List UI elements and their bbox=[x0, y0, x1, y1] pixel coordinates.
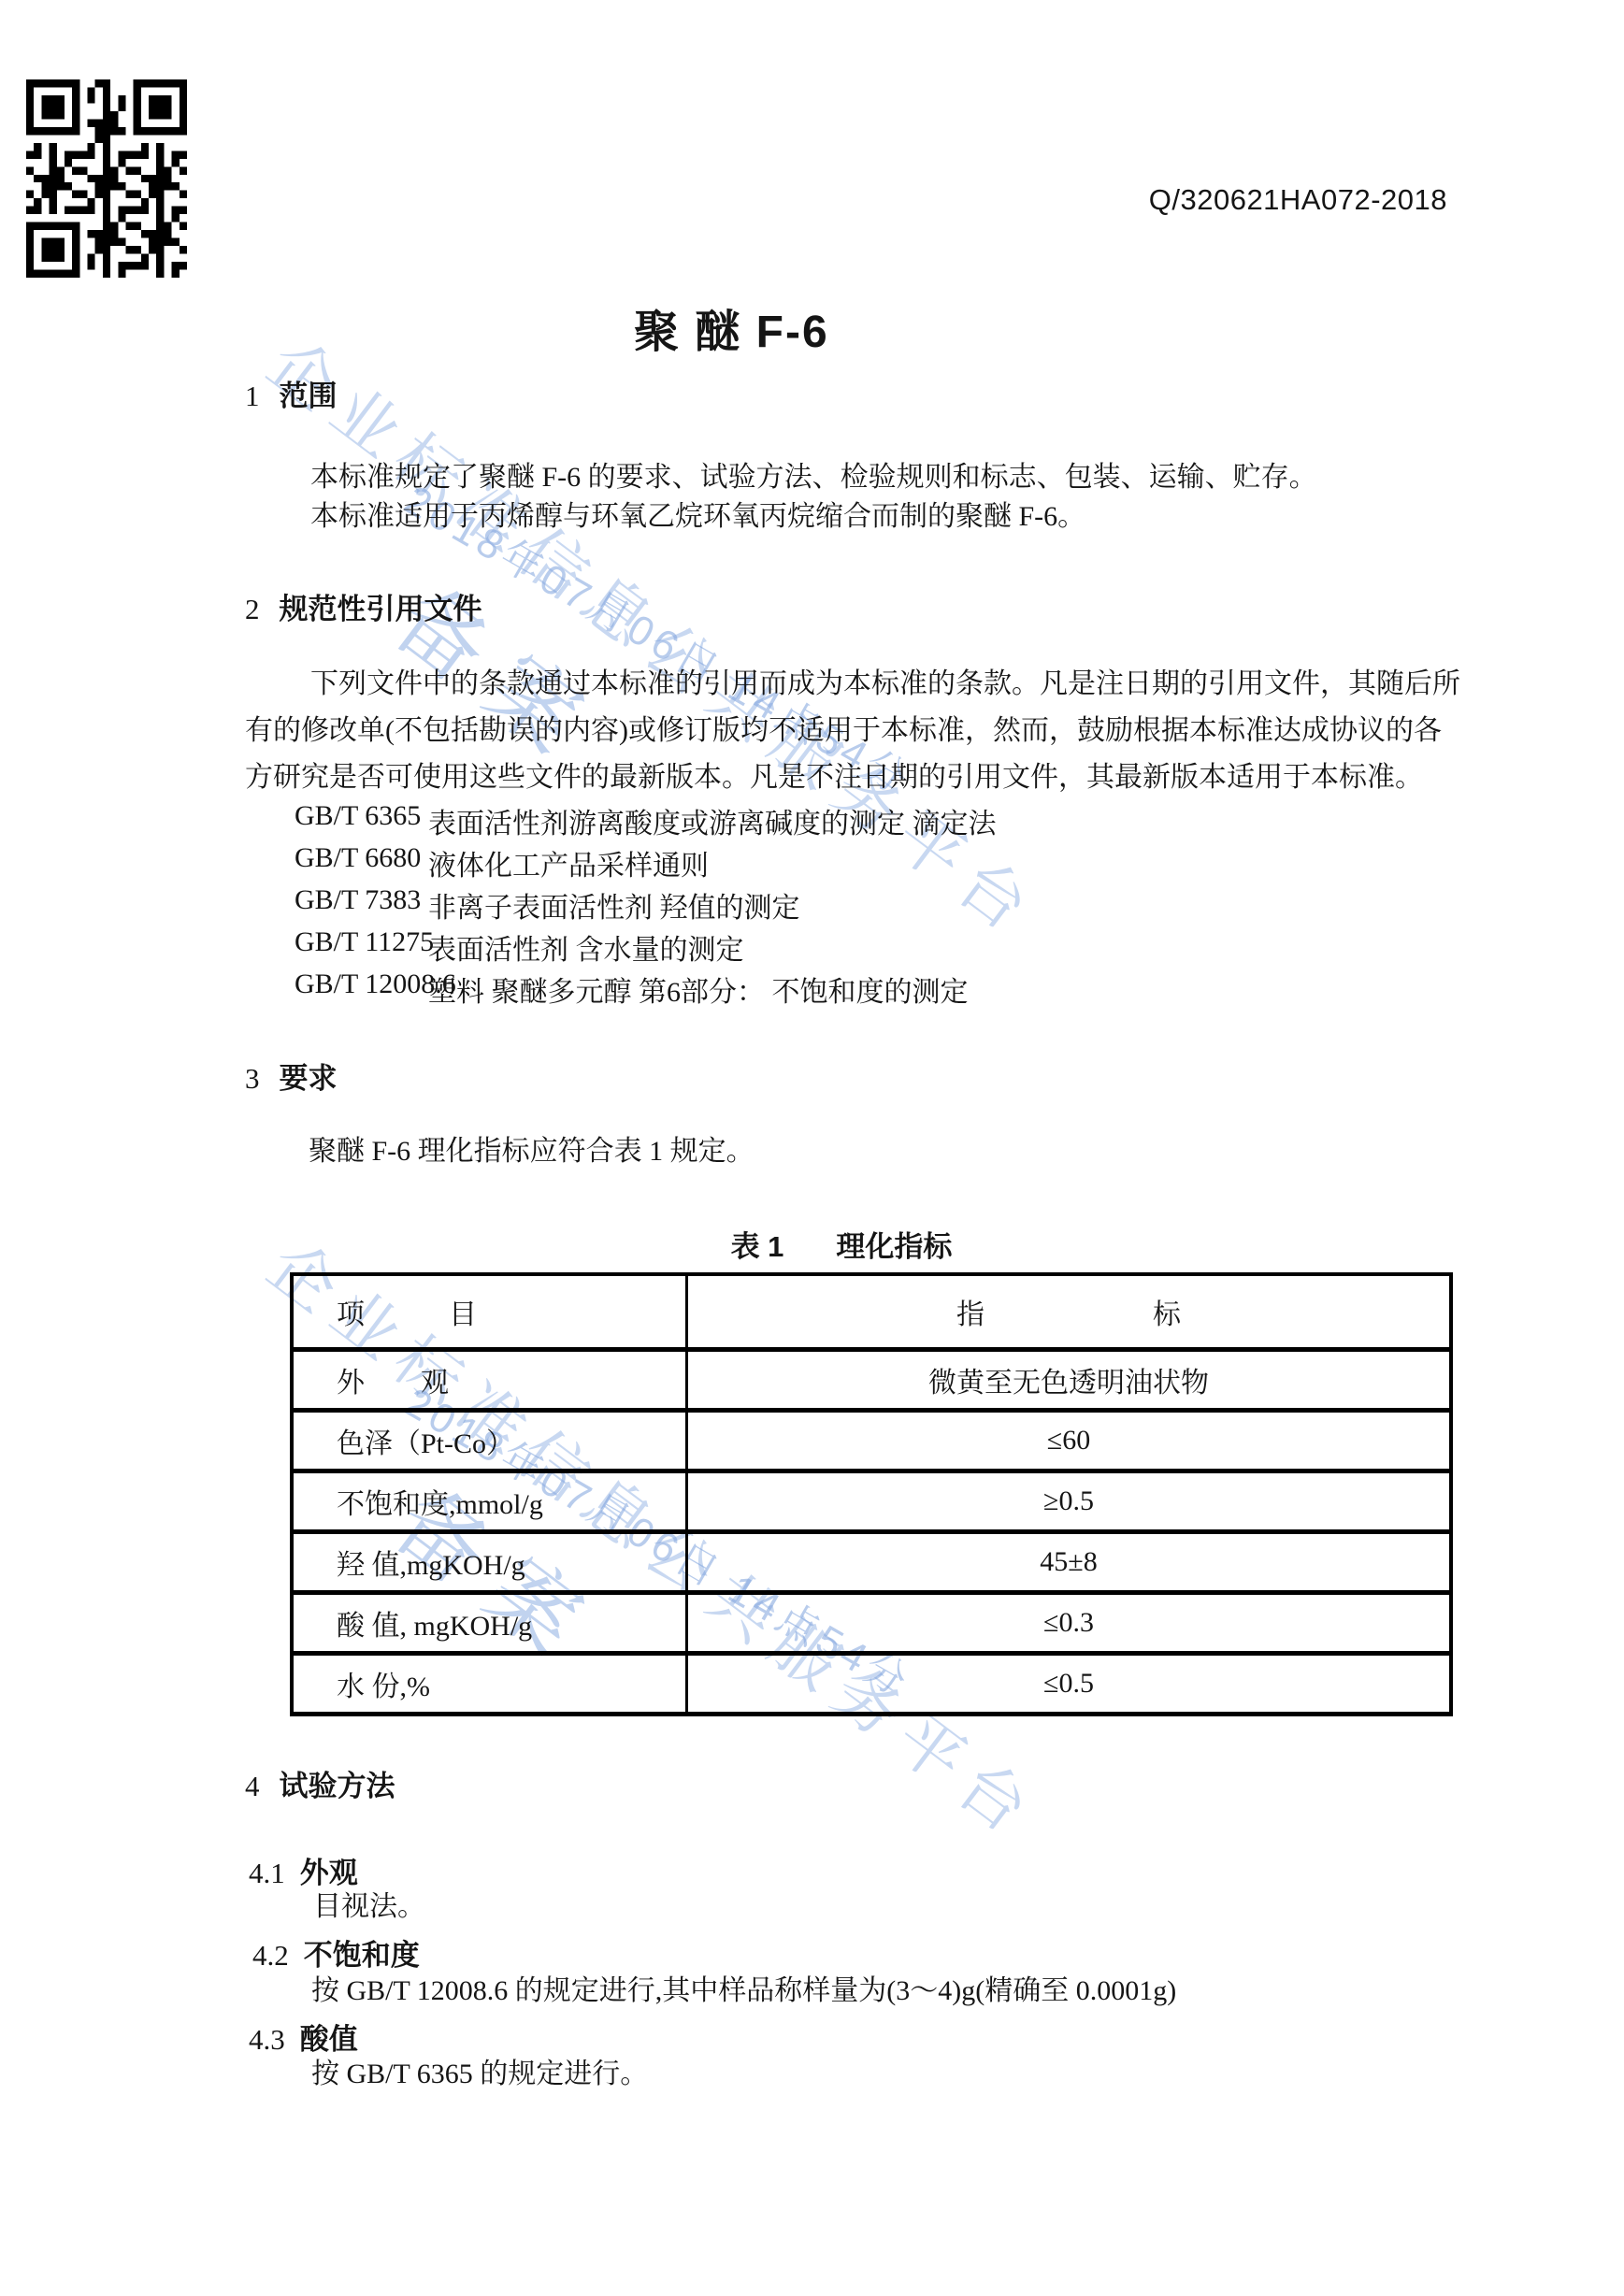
reference-item: GB/T 6365 表面活性剂游离酸度或游离碱度的测定 滴定法 bbox=[295, 800, 421, 832]
table-caption: 表 1理化指标 bbox=[374, 1223, 1309, 1265]
spec-table: 项 目 指 标 外 观 微黄至无色透明油状物 色泽（Pt-Co） ≤60 不饱和… bbox=[290, 1272, 1453, 1716]
table-row: 羟 值,mgKOH/g 45±8 bbox=[292, 1531, 1451, 1592]
reference-item: GB/T 12008.6 塑料 聚醚多元醇 第6部分： 不饱和度的测定 bbox=[295, 969, 456, 1000]
section-number: 4 bbox=[245, 1770, 260, 1802]
row-item: 酸 值, mgKOH/g bbox=[292, 1592, 687, 1653]
table-row: 色泽（Pt-Co） ≤60 bbox=[292, 1410, 1451, 1471]
row-value: ≥0.5 bbox=[687, 1471, 1452, 1531]
reference-code: GB/T 7383 bbox=[295, 884, 421, 915]
row-item: 不饱和度,mmol/g bbox=[292, 1471, 687, 1531]
section-label: 范围 bbox=[280, 380, 338, 412]
table-row: 不饱和度,mmol/g ≥0.5 bbox=[292, 1471, 1451, 1531]
standard-number: Q/320621HA072-2018 bbox=[1028, 183, 1447, 217]
section-label: 要求 bbox=[280, 1062, 338, 1095]
reference-title: 表面活性剂 含水量的测定 bbox=[428, 926, 744, 968]
section-heading-3: 3要求 bbox=[245, 1055, 338, 1097]
reference-item: GB/T 11275 表面活性剂 含水量的测定 bbox=[295, 926, 434, 958]
paragraph: 方研究是否可使用这些文件的最新版本。凡是不注日期的引用文件，其最新版本适用于本标… bbox=[245, 760, 1423, 796]
row-item: 羟 值,mgKOH/g bbox=[292, 1531, 687, 1592]
paragraph: 本标准适用于丙烯醇与环氧乙烷环氧丙烷缩合而制的聚醚 F-6。 bbox=[310, 499, 1085, 535]
col-header-item: 项 目 bbox=[292, 1274, 687, 1349]
reference-code: GB/T 6680 bbox=[295, 842, 421, 873]
section-label: 酸值 bbox=[300, 2023, 358, 2056]
section-number: 4.3 bbox=[249, 2023, 285, 2056]
reference-title: 非离子表面活性剂 羟值的测定 bbox=[428, 884, 800, 926]
table-caption-label: 表 1 bbox=[731, 1230, 784, 1263]
col-header-indicator: 指 标 bbox=[687, 1274, 1452, 1349]
document-title: 聚 醚 F-6 bbox=[634, 295, 829, 360]
reference-item: GB/T 6680 液体化工产品采样通则 bbox=[295, 842, 421, 874]
paragraph: 按 GB/T 6365 的规定进行。 bbox=[311, 2057, 648, 2092]
section-number: 2 bbox=[245, 593, 260, 625]
section-label: 外观 bbox=[300, 1857, 358, 1889]
table-header-row: 项 目 指 标 bbox=[292, 1274, 1451, 1349]
section-number: 4.2 bbox=[252, 1939, 289, 1972]
reference-code: GB/T 6365 bbox=[295, 800, 421, 831]
row-value: 微黄至无色透明油状物 bbox=[687, 1349, 1452, 1410]
reference-title: 液体化工产品采样通则 bbox=[428, 842, 709, 883]
section-heading-4-2: 4.2不饱和度 bbox=[252, 1931, 420, 1973]
table-row: 酸 值, mgKOH/g ≤0.3 bbox=[292, 1592, 1451, 1653]
row-value: ≤0.5 bbox=[687, 1653, 1452, 1714]
paragraph: 目视法。 bbox=[313, 1889, 425, 1925]
section-number: 4.1 bbox=[249, 1857, 285, 1889]
section-heading-2: 2规范性引用文件 bbox=[245, 585, 482, 627]
paragraph: 按 GB/T 12008.6 的规定进行,其中样品称样量为(3～4)g(精确至 … bbox=[311, 1973, 1176, 2009]
section-heading-4: 4试验方法 bbox=[245, 1762, 395, 1804]
row-item: 外 观 bbox=[292, 1349, 687, 1410]
qr-code bbox=[26, 79, 187, 278]
row-value: 45±8 bbox=[687, 1531, 1452, 1592]
reference-title: 塑料 聚醚多元醇 第6部分： 不饱和度的测定 bbox=[428, 969, 969, 1010]
section-label: 试验方法 bbox=[280, 1770, 395, 1802]
reference-title: 表面活性剂游离酸度或游离碱度的测定 滴定法 bbox=[428, 800, 997, 841]
section-label: 不饱和度 bbox=[304, 1939, 420, 1972]
table-row: 外 观 微黄至无色透明油状物 bbox=[292, 1349, 1451, 1410]
section-number: 3 bbox=[245, 1062, 260, 1095]
section-heading-1: 1范围 bbox=[245, 372, 338, 414]
row-value: ≤0.3 bbox=[687, 1592, 1452, 1653]
section-number: 1 bbox=[245, 380, 260, 412]
document-page: 企业标准信息公共服务平台 2018年07月06日 14点54分 备案 企业标准信… bbox=[0, 0, 1624, 2296]
table-caption-title: 理化指标 bbox=[836, 1230, 952, 1263]
row-item: 色泽（Pt-Co） bbox=[292, 1410, 687, 1471]
row-item: 水 份,% bbox=[292, 1653, 687, 1714]
section-label: 规范性引用文件 bbox=[280, 593, 482, 625]
paragraph: 本标准规定了聚醚 F-6 的要求、试验方法、检验规则和标志、包装、运输、贮存。 bbox=[310, 460, 1317, 495]
reference-item: GB/T 7383 非离子表面活性剂 羟值的测定 bbox=[295, 884, 421, 916]
reference-code: GB/T 11275 bbox=[295, 926, 434, 957]
section-heading-4-1: 4.1外观 bbox=[249, 1849, 358, 1891]
section-heading-4-3: 4.3酸值 bbox=[249, 2016, 358, 2058]
paragraph: 有的修改单(不包括勘误的内容)或修订版均不适用于本标准，然而，鼓励根据本标准达成… bbox=[245, 713, 1442, 749]
table-row: 水 份,% ≤0.5 bbox=[292, 1653, 1451, 1714]
paragraph: 下列文件中的条款通过本标准的引用而成为本标准的条款。凡是注日期的引用文件，其随后… bbox=[310, 667, 1460, 702]
paragraph: 聚醚 F-6 理化指标应符合表 1 规定。 bbox=[309, 1134, 755, 1170]
row-value: ≤60 bbox=[687, 1410, 1452, 1471]
